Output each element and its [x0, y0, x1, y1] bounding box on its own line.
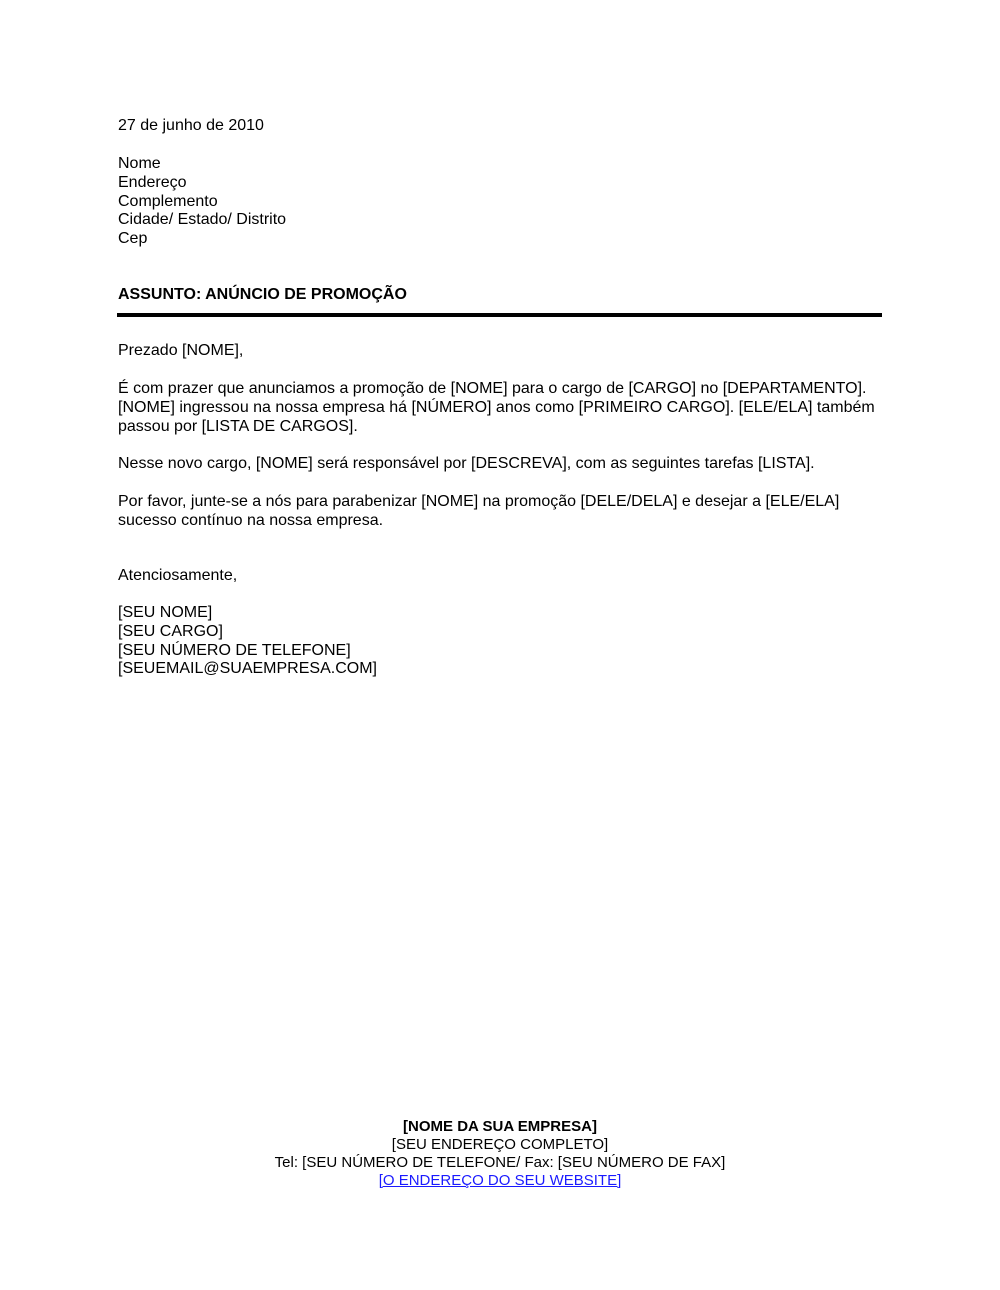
- body-paragraph-congratulations: Por favor, junte-se a nós para parabeniz…: [118, 493, 878, 531]
- subject-line: ASSUNTO: ANÚNCIO DE PROMOÇÃO: [118, 286, 883, 305]
- sender-phone: [SEU NÚMERO DE TELEFONE]: [118, 642, 883, 661]
- company-name: [NOME DA SUA EMPRESA]: [0, 1118, 1000, 1136]
- recipient-street: Endereço: [118, 174, 883, 193]
- recipient-city-state: Cidade/ Estado/ Distrito: [118, 211, 883, 230]
- closing: Atenciosamente,: [118, 567, 883, 586]
- date-text: 27 de junho de 2010: [118, 117, 883, 136]
- letter-date: 27 de junho de 2010: [118, 117, 883, 136]
- sender-email: [SEUEMAIL@SUAEMPRESA.COM]: [118, 660, 883, 679]
- sender-name: [SEU NOME]: [118, 604, 883, 623]
- signature-block: [SEU NOME] [SEU CARGO] [SEU NÚMERO DE TE…: [118, 604, 883, 679]
- body-paragraph-announcement: É com prazer que anunciamos a promoção d…: [118, 380, 878, 436]
- letterhead-footer: [NOME DA SUA EMPRESA] [SEU ENDEREÇO COMP…: [0, 1118, 1000, 1190]
- subject-divider: [117, 313, 882, 317]
- recipient-address: Nome Endereço Complemento Cidade/ Estado…: [118, 155, 883, 249]
- recipient-complement: Complemento: [118, 193, 883, 212]
- company-contact: Tel: [SEU NÚMERO DE TELEFONE/ Fax: [SEU …: [0, 1154, 1000, 1172]
- subject-text: ASSUNTO: ANÚNCIO DE PROMOÇÃO: [118, 286, 883, 305]
- company-website-link[interactable]: [O ENDEREÇO DO SEU WEBSITE]: [379, 1172, 622, 1189]
- salutation-text: Prezado [NOME],: [118, 342, 883, 361]
- recipient-zip: Cep: [118, 230, 883, 249]
- company-address: [SEU ENDEREÇO COMPLETO]: [0, 1136, 1000, 1154]
- sender-title: [SEU CARGO]: [118, 623, 883, 642]
- salutation: Prezado [NOME],: [118, 342, 883, 361]
- closing-text: Atenciosamente,: [118, 567, 883, 586]
- recipient-name: Nome: [118, 155, 883, 174]
- letter-page: 27 de junho de 2010 Nome Endereço Comple…: [0, 0, 1000, 1290]
- body-paragraph-responsibilities: Nesse novo cargo, [NOME] será responsáve…: [118, 455, 883, 474]
